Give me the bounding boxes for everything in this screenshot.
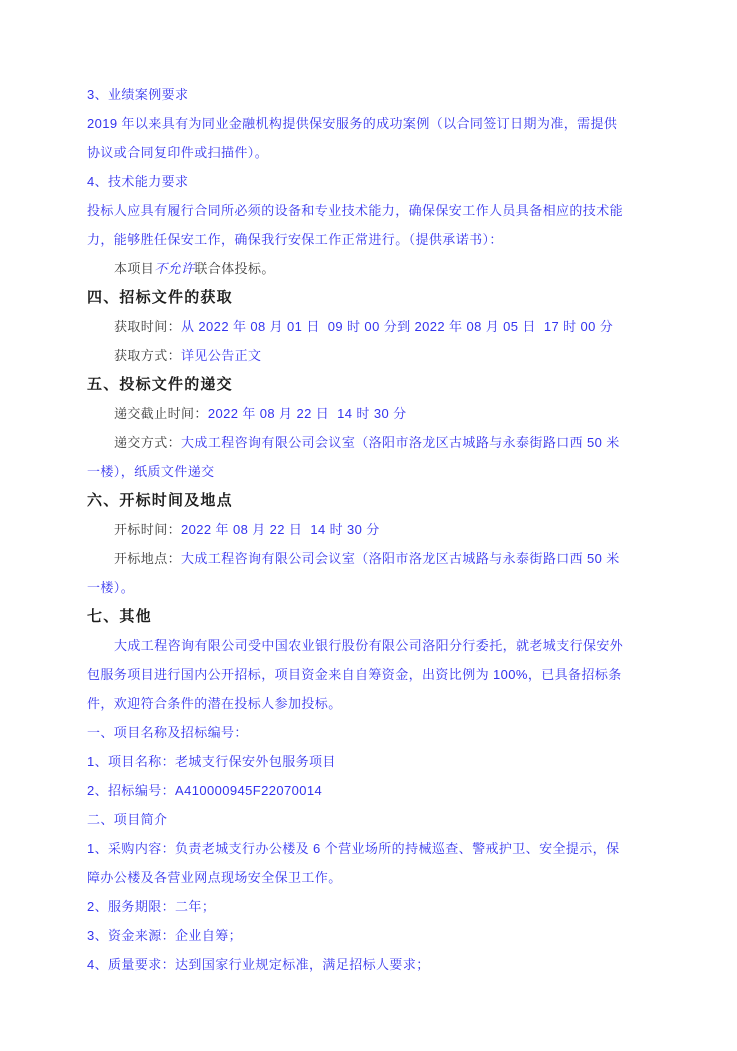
text-segment: 力，能够胜任保安工作，确保我行安保工作正常进行。（提供承诺书）： xyxy=(87,232,503,247)
doc-line-4: 4、技术能力要求 xyxy=(87,167,677,196)
text-segment: 递交截止时间： xyxy=(114,406,208,421)
text-segment: 3、资金来源：企业自筹； xyxy=(87,928,242,943)
text-segment: 一楼），纸质文件递交 xyxy=(87,464,215,479)
text-segment: 投标人应具有履行合同所必须的设备和专业技术能力，确保保安工作人员具备相应的技术能 xyxy=(87,203,623,218)
text-segment: 大成工程咨询有限公司会议室（洛阳市洛龙区古城路与永泰街路口西 50 米 xyxy=(181,551,620,566)
doc-line-16: 开标时间：2022 年 08 月 22 日 14 时 30 分 xyxy=(87,515,677,544)
doc-line-12: 递交截止时间：2022 年 08 月 22 日 14 时 30 分 xyxy=(87,399,677,428)
text-segment: 大成工程咨询有限公司受中国农业银行股份有限公司洛阳分行委托，就老城支行保安外 xyxy=(114,638,623,653)
text-segment: 递交方式： xyxy=(114,435,181,450)
text-segment: 获取时间： xyxy=(114,319,181,334)
text-segment: 4、技术能力要求 xyxy=(87,174,188,189)
doc-line-18: 一楼）。 xyxy=(87,573,677,602)
doc-line-22: 件，欢迎符合条件的潜在投标人参加投标。 xyxy=(87,689,677,718)
text-segment: 1、项目名称：老城支行保安外包服务项目 xyxy=(87,754,336,769)
text-segment: 开标地点： xyxy=(114,551,181,566)
doc-line-31: 4、质量要求：达到国家行业规定标准，满足招标人要求； xyxy=(87,950,677,979)
doc-line-21: 包服务项目进行国内公开招标，项目资金来自自筹资金，出资比例为 100%，已具备招… xyxy=(87,660,677,689)
text-segment: 六、开标时间及地点 xyxy=(87,492,233,509)
text-segment: 2、招标编号：A410000945F22070014 xyxy=(87,783,322,798)
doc-line-13: 递交方式：大成工程咨询有限公司会议室（洛阳市洛龙区古城路与永泰街路口西 50 米 xyxy=(87,428,677,457)
text-segment: 不允许 xyxy=(154,261,194,276)
doc-line-2: 2019 年以来具有为同业金融机构提供保安服务的成功案例（以合同签订日期为准，需… xyxy=(87,109,677,138)
doc-line-29: 2、服务期限：二年； xyxy=(87,892,677,921)
text-segment: 2、服务期限：二年； xyxy=(87,899,215,914)
doc-line-23: 一、项目名称及招标编号： xyxy=(87,718,677,747)
text-segment: 一、项目名称及招标编号： xyxy=(87,725,248,740)
text-segment: 2022 年 08 月 22 日 14 时 30 分 xyxy=(181,522,380,537)
doc-line-10: 获取方式：详见公告正文 xyxy=(87,341,677,370)
text-segment: 3、业绩案例要求 xyxy=(87,87,188,102)
doc-line-15: 六、开标时间及地点 xyxy=(87,486,677,515)
doc-line-7: 本项目不允许联合体投标。 xyxy=(87,254,677,283)
doc-line-9: 获取时间：从 2022 年 08 月 01 日 09 时 00 分到 2022 … xyxy=(87,312,677,341)
text-segment: 件，欢迎符合条件的潜在投标人参加投标。 xyxy=(87,696,342,711)
text-segment: 获取方式： xyxy=(114,348,181,363)
doc-line-27: 1、采购内容：负责老城支行办公楼及 6 个营业场所的持械巡查、警戒护卫、安全提示… xyxy=(87,834,677,863)
text-segment: 一楼）。 xyxy=(87,580,134,595)
text-segment: 2022 年 08 月 22 日 14 时 30 分 xyxy=(208,406,407,421)
text-segment: 开标时间： xyxy=(114,522,181,537)
text-segment: 四、招标文件的获取 xyxy=(87,289,233,306)
text-segment: 2019 年以来具有为同业金融机构提供保安服务的成功案例（以合同签订日期为准，需… xyxy=(87,116,617,131)
text-segment: 协议或合同复印件或扫描件）。 xyxy=(87,145,268,160)
text-segment: 二、项目简介 xyxy=(87,812,167,827)
doc-line-3: 协议或合同复印件或扫描件）。 xyxy=(87,138,677,167)
doc-line-30: 3、资金来源：企业自筹； xyxy=(87,921,677,950)
document-page: 3、业绩案例要求2019 年以来具有为同业金融机构提供保安服务的成功案例（以合同… xyxy=(0,0,737,1051)
doc-line-28: 障办公楼及各营业网点现场安全保卫工作。 xyxy=(87,863,677,892)
text-segment: 五、投标文件的递交 xyxy=(87,376,233,393)
text-segment: 大成工程咨询有限公司会议室（洛阳市洛龙区古城路与永泰街路口西 50 米 xyxy=(181,435,620,450)
text-segment: 障办公楼及各营业网点现场安全保卫工作。 xyxy=(87,870,342,885)
doc-line-5: 投标人应具有履行合同所必须的设备和专业技术能力，确保保安工作人员具备相应的技术能 xyxy=(87,196,677,225)
doc-line-14: 一楼），纸质文件递交 xyxy=(87,457,677,486)
doc-line-17: 开标地点：大成工程咨询有限公司会议室（洛阳市洛龙区古城路与永泰街路口西 50 米 xyxy=(87,544,677,573)
doc-line-19: 七、其他 xyxy=(87,602,677,631)
doc-line-1: 3、业绩案例要求 xyxy=(87,80,677,109)
document-body: 3、业绩案例要求2019 年以来具有为同业金融机构提供保安服务的成功案例（以合同… xyxy=(87,80,677,979)
doc-line-11: 五、投标文件的递交 xyxy=(87,370,677,399)
text-segment: 从 2022 年 08 月 01 日 09 时 00 分到 2022 年 08 … xyxy=(181,319,613,334)
text-segment: 详见公告正文 xyxy=(181,348,261,363)
text-segment: 4、质量要求：达到国家行业规定标准，满足招标人要求； xyxy=(87,957,430,972)
text-segment: 1、采购内容：负责老城支行办公楼及 6 个营业场所的持械巡查、警戒护卫、安全提示… xyxy=(87,841,619,856)
doc-line-26: 二、项目简介 xyxy=(87,805,677,834)
doc-line-6: 力，能够胜任保安工作，确保我行安保工作正常进行。（提供承诺书）： xyxy=(87,225,677,254)
doc-line-20: 大成工程咨询有限公司受中国农业银行股份有限公司洛阳分行委托，就老城支行保安外 xyxy=(87,631,677,660)
text-segment: 包服务项目进行国内公开招标，项目资金来自自筹资金，出资比例为 100%，已具备招… xyxy=(87,667,622,682)
text-segment: 七、其他 xyxy=(87,608,152,625)
doc-line-24: 1、项目名称：老城支行保安外包服务项目 xyxy=(87,747,677,776)
text-segment: 本项目 xyxy=(114,261,154,276)
doc-line-25: 2、招标编号：A410000945F22070014 xyxy=(87,776,677,805)
text-segment: 联合体投标。 xyxy=(194,261,274,276)
doc-line-8: 四、招标文件的获取 xyxy=(87,283,677,312)
